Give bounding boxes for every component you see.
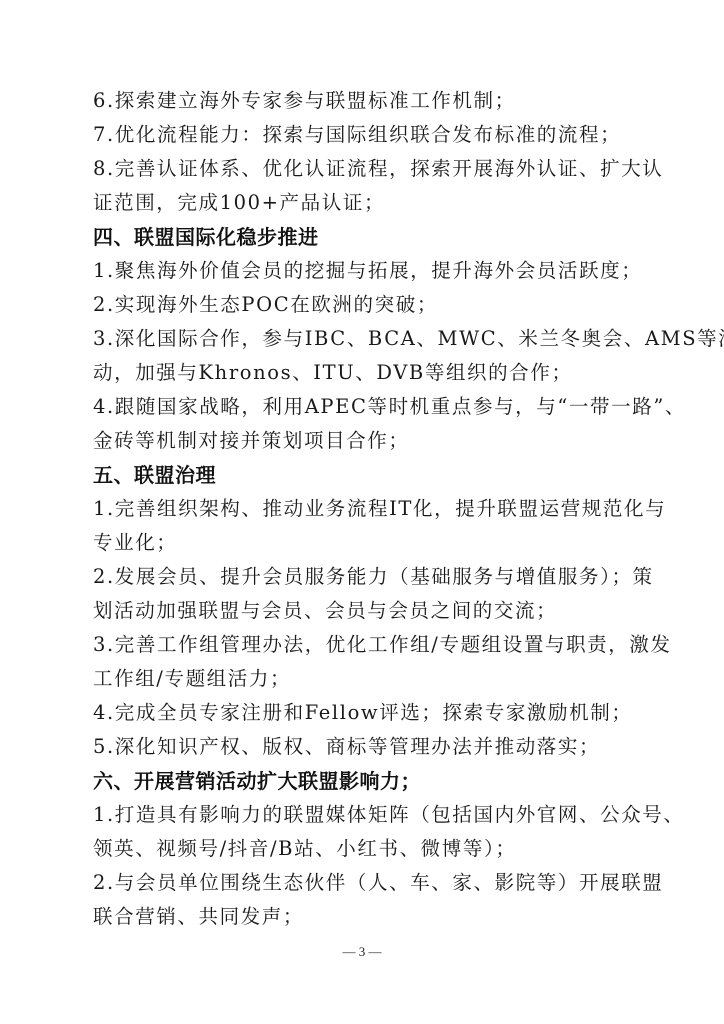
- list-item: 5.深化知识产权、版权、商标等管理办法并推动落实；: [93, 730, 623, 764]
- list-item-continuation: 动，加强与Khronos、ITU、DVB等组织的合作；: [93, 356, 623, 390]
- list-item-continuation: 联合营销、共同发声；: [93, 900, 623, 934]
- section-heading: 六、开展营销活动扩大联盟影响力；: [93, 764, 623, 798]
- list-item: 2.实现海外生态POC在欧洲的突破；: [93, 288, 623, 322]
- list-item: 3.深化国际合作，参与IBC、BCA、MWC、米兰冬奥会、AMS等活: [93, 322, 623, 356]
- list-item-continuation: 工作组/专题组活力；: [93, 662, 623, 696]
- page-number: — 3 —: [0, 944, 724, 960]
- section-heading: 五、联盟治理: [93, 458, 623, 492]
- list-item: 2.与会员单位围绕生态伙伴（人、车、家、影院等）开展联盟: [93, 866, 623, 900]
- list-item: 6.探索建立海外专家参与联盟标准工作机制；: [93, 84, 623, 118]
- list-item-continuation: 专业化；: [93, 526, 623, 560]
- list-item-continuation: 金砖等机制对接并策划项目合作；: [93, 424, 623, 458]
- list-item: 4.完成全员专家注册和Fellow评选；探索专家激励机制；: [93, 696, 623, 730]
- list-item: 2.发展会员、提升会员服务能力（基础服务与增值服务）；策: [93, 560, 623, 594]
- list-item: 3.完善工作组管理办法，优化工作组/专题组设置与职责，激发: [93, 628, 623, 662]
- list-item: 1.聚焦海外价值会员的挖掘与拓展，提升海外会员活跃度；: [93, 254, 623, 288]
- list-item-continuation: 领英、视频号/抖音/B站、小红书、微博等）；: [93, 832, 623, 866]
- list-item: 1.打造具有影响力的联盟媒体矩阵（包括国内外官网、公众号、: [93, 798, 623, 832]
- list-item: 1.完善组织架构、推动业务流程IT化，提升联盟运营规范化与: [93, 492, 623, 526]
- list-item: 8.完善认证体系、优化认证流程，探索开展海外认证、扩大认: [93, 152, 623, 186]
- list-item-continuation: 证范围，完成100+产品认证；: [93, 186, 623, 220]
- list-item-continuation: 划活动加强联盟与会员、会员与会员之间的交流；: [93, 594, 623, 628]
- document-page: 6.探索建立海外专家参与联盟标准工作机制； 7.优化流程能力：探索与国际组织联合…: [93, 84, 623, 934]
- list-item: 7.优化流程能力：探索与国际组织联合发布标准的流程；: [93, 118, 623, 152]
- section-heading: 四、联盟国际化稳步推进: [93, 220, 623, 254]
- list-item: 4.跟随国家战略，利用APEC等时机重点参与，与“一带一路”、: [93, 390, 623, 424]
